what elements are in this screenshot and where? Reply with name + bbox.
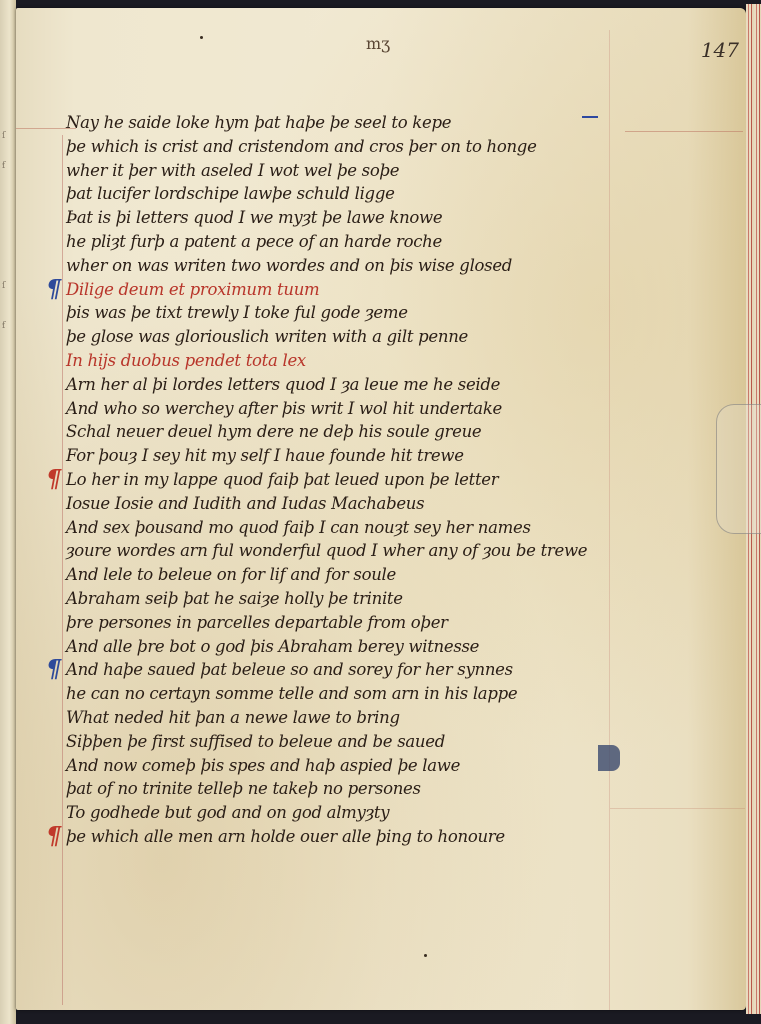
facing-page-edge: ſ ẜ ſ ẜ: [0, 0, 16, 1024]
paraph-red-icon: ¶: [46, 468, 61, 490]
quire-signature: mʒ: [366, 34, 390, 53]
text-column: Nay he saide loke hym þat haþe þe seel t…: [66, 111, 706, 849]
rubric-line: ¶Dilige deum et proximum tuum: [66, 278, 706, 302]
verse-line: þe which is crist and cristendom and cro…: [66, 135, 706, 159]
facing-page-text: ſ: [2, 130, 5, 142]
verse-line: wher on was writen two wordes and on þis…: [66, 254, 706, 278]
verse-line: And lele to beleue on for lif and for so…: [66, 563, 706, 587]
rubric-line: In hijs duobus pendet tota lex: [66, 349, 706, 373]
verse-line: Abraham seiþ þat he saiȝe holly þe trini…: [66, 587, 706, 611]
verse-line: Iosue Iosie and Iudith and Iudas Machabe…: [66, 492, 706, 516]
verse-line: ¶And haþe saued þat beleue so and sorey …: [66, 658, 706, 682]
verse-line: Þat is þi letters quod I we myȝt þe lawe…: [66, 206, 706, 230]
verse-line: þat of no trinite telleþ ne takeþ no per…: [66, 777, 706, 801]
book-clasp-overlay: [716, 404, 761, 534]
verse-line: þat lucifer lordschipe lawþe schuld ligg…: [66, 182, 706, 206]
verse-line: ¶þe which alle men arn holde ouer alle þ…: [66, 825, 706, 849]
rubric-text: Dilige deum et proximum tuum: [66, 280, 319, 299]
margin-ruling-left: [62, 135, 63, 1005]
blue-offset-mark: [598, 745, 620, 771]
verse-line: þe glose was gloriouslich writen with a …: [66, 325, 706, 349]
verse-line: he pliȝt furþ a patent a pece of an hard…: [66, 230, 706, 254]
stain: [200, 36, 203, 39]
verse-line: Schal neuer deuel hym dere ne deþ his so…: [66, 420, 706, 444]
verse-text: þe which alle men arn holde ouer alle þi…: [66, 827, 505, 846]
verse-line: ¶Lo her in my lappe quod faiþ þat leued …: [66, 468, 706, 492]
verse-line: Nay he saide loke hym þat haþe þe seel t…: [66, 111, 706, 135]
verse-line: And alle þre bot o god þis Abraham berey…: [66, 635, 706, 659]
folio-number: 147: [701, 38, 739, 62]
verse-line: To godhede but god and on god almyȝty: [66, 801, 706, 825]
verse-line: wher it þer with aseled I wot wel þe soþ…: [66, 159, 706, 183]
stain: [424, 954, 427, 957]
verse-line: þre persones in parcelles departable fro…: [66, 611, 706, 635]
verse-line: And who so werchey after þis writ I wol …: [66, 397, 706, 421]
paraph-blue-icon: ¶: [46, 278, 61, 300]
verse-text: Lo her in my lappe quod faiþ þat leued u…: [66, 470, 498, 489]
verse-line: For þouȝ I sey hit my self I haue founde…: [66, 444, 706, 468]
verse-line: ȝoure wordes arn ful wonderful quod I wh…: [66, 539, 706, 563]
paraph-blue-icon: ¶: [46, 658, 61, 680]
verse-line: And sex þousand mo quod faiþ I can nouȝt…: [66, 516, 706, 540]
facing-page-text: ẜ: [2, 320, 5, 332]
paraph-red-icon: ¶: [46, 825, 61, 847]
verse-line: What neded hit þan a newe lawe to bring: [66, 706, 706, 730]
verse-text: And haþe saued þat beleue so and sorey f…: [66, 660, 513, 679]
verse-line: Arn her al þi lordes letters quod I ȝa l…: [66, 373, 706, 397]
facing-page-text: ẜ: [2, 160, 5, 172]
verse-line: þis was þe tixt trewly I toke ful gode ȝ…: [66, 301, 706, 325]
facing-page-text: ſ: [2, 280, 5, 292]
verse-line: he can no certayn somme telle and som ar…: [66, 682, 706, 706]
